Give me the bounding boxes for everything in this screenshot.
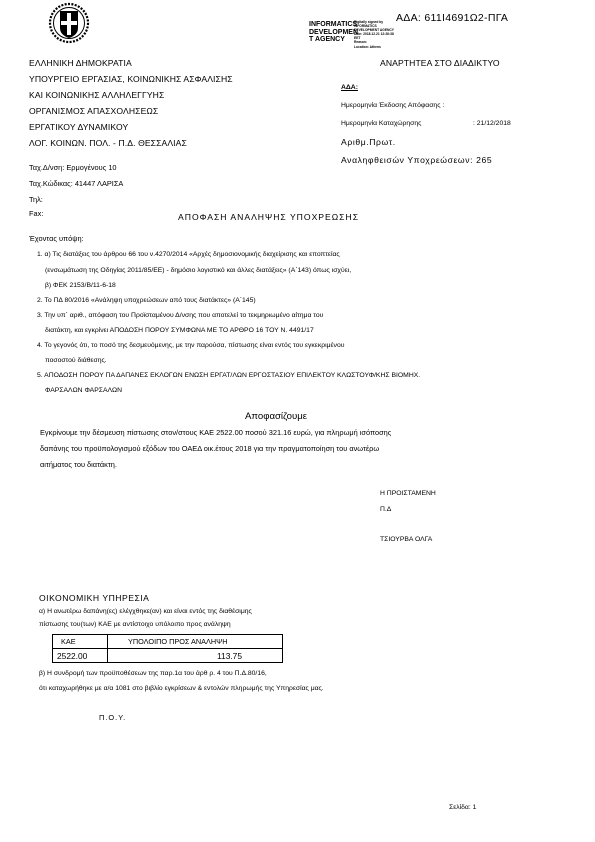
signatory-role: Η ΠΡΟΙΣΤΑΜΕΝΗ [380, 490, 436, 497]
considering-item: 4. Το γεγονός ότι, το ποσό της δεσμευόμε… [37, 342, 344, 349]
financial-check-line: α) Η ανωτέρω δαπάνη(ες) ελέγχθηκε(αν) κα… [39, 608, 252, 615]
considering-item: ποσοστού διάθεσης. [45, 357, 107, 364]
contact-postal-code: Ταχ.Κώδικας: 41447 ΛΑΡΙΣΑ [29, 179, 123, 188]
decision-text: δαπάνης του προϋπολογισμού εξόδων του ΟΑ… [40, 444, 379, 453]
registration-date-value: : 21/12/2018 [473, 120, 511, 127]
greek-emblem-logo [48, 2, 90, 44]
publish-note: ΑΝΑΡΤΗΤΕΑ ΣΤΟ ΔΙΑΔΙΚΤΥΟ [380, 58, 500, 68]
digital-signature-details: Digitally signed by INFORMATICS DEVELOPM… [354, 20, 394, 49]
signatory-name: ΤΣΙΟΥΡΒΑ ΟΛΓΑ [380, 536, 432, 543]
contact-fax: Fax: [29, 209, 43, 218]
decision-text: αιτήματος του διατάκτη. [40, 460, 117, 469]
commitments-count: Αναληφθεισών Υποχρεώσεων: 265 [341, 155, 492, 165]
agency-line: T AGENCY [309, 36, 358, 44]
financial-service-heading: ΟΙΚΟΝΟΜΙΚΗ ΥΠΗΡΕΣΙΑ [39, 593, 149, 603]
considering-item: 3. Την υπ΄ αριθ., απόφαση του Προϊσταμέν… [37, 312, 323, 319]
considering-item: διατάκτη, και εγκρίνει ΑΠΟΔΟΣΗ ΠΟΡΟΥ ΣΥΜ… [45, 327, 314, 334]
header-line-ministry-2: ΚΑΙ ΚΟΙΝΩΝΙΚΗΣ ΑΛΛΗΛΕΓΓΥΗΣ [29, 90, 164, 100]
page-number: Σελίδα: 1 [449, 804, 476, 811]
cell-kae: 2522.00 [53, 649, 108, 663]
cell-balance: 113.75 [108, 649, 283, 663]
header-line-org-2: ΕΡΓΑΤΙΚΟΥ ΔΥΝΑΜΙΚΟΥ [29, 122, 128, 132]
considering-intro: Έχοντας υπόψη: [29, 234, 84, 243]
contact-phone: Τηλ: [29, 195, 43, 204]
considering-item: β) ΦΕΚ 2153/Β/11-6-18 [45, 282, 116, 289]
table-row: 2522.00 113.75 [53, 649, 283, 663]
issue-date-label: Ημερομηνία Έκδοσης Απόφασης : [341, 102, 444, 109]
pou-label: Π.Ο.Υ. [99, 713, 126, 722]
signature-line: Location: Athens [354, 45, 394, 49]
decision-heading: Αποφασίζουμε [245, 411, 307, 422]
ada-label: ΑΔΑ: [341, 84, 358, 91]
header-line-ministry: ΥΠΟΥΡΓΕΙΟ ΕΡΓΑΣΙΑΣ, ΚΟΙΝΩΝΙΚΗΣ ΑΣΦΑΛΙΣΗΣ [29, 74, 233, 84]
protocol-number-label: Αριθμ.Πρωτ. [341, 137, 396, 147]
agency-line: INFORMATICS [309, 21, 358, 29]
table-header-row: ΚΑΕ ΥΠΟΛΟΙΠΟ ΠΡΟΣ ΑΝΑΛΗΨΗ [53, 635, 283, 649]
financial-condition-line: β) Η συνδρομή των προϋποθέσεων της παρ.1… [39, 670, 267, 677]
considering-item: 5. ΑΠΟΔΟΣΗ ΠΟΡΟΥ ΠΑ ΔΑΠΑΝΕΣ ΕΚΛΟΓΩΝ ΕΝΩΣ… [37, 372, 420, 379]
contact-address: Ταχ.Δ/νση: Ερμογένους 10 [29, 163, 117, 172]
document-title: ΑΠΟΦΑΣΗ ΑΝΑΛΗΨΗΣ ΥΠΟΧΡΕΩΣΗΣ [178, 212, 359, 222]
ada-code-header: ΑΔΑ: 611Ι4691Ω2-ΠΓΑ [396, 12, 508, 24]
column-header-kae: ΚΑΕ [53, 635, 108, 649]
financial-condition-line: ότι καταχωρήθηκε με α/α 1081 στο βιβλίο … [39, 685, 324, 692]
agency-line: DEVELOPMEN [309, 29, 358, 37]
considering-item: 2. Το ΠΔ 80/2016 «Ανάληψη υποχρεώσεων απ… [37, 297, 256, 304]
decision-text: Εγκρίνουμε την δέσμευση πίστωσης στον/στ… [40, 428, 391, 437]
registration-date-label: Ημερομηνία Καταχώρησης [341, 120, 421, 127]
signatory-unit: Π.Δ [380, 506, 391, 513]
signing-agency-label: INFORMATICS DEVELOPMEN T AGENCY [309, 21, 358, 44]
header-line-region: ΛΟΓ. ΚΟΙΝΩΝ. ΠΟΛ. - Π.Δ. ΘΕΣΣΑΛΙΑΣ [29, 138, 187, 148]
header-line-org: ΟΡΓΑΝΙΣΜΟΣ ΑΠΑΣΧΟΛΗΣΕΩΣ [29, 106, 158, 116]
considering-item: (ενσωμάτωση της Οδηγίας 2011/85/ΕΕ) - δη… [45, 267, 351, 274]
kae-balance-table: ΚΑΕ ΥΠΟΛΟΙΠΟ ΠΡΟΣ ΑΝΑΛΗΨΗ 2522.00 113.75 [52, 634, 283, 663]
considering-item: ΦΑΡΣΑΛΩΝ ΦΑΡΣΑΛΩΝ [45, 387, 122, 394]
financial-check-line: πίστωσης του(των) ΚΑΕ με αντίστοιχο υπόλ… [39, 621, 231, 628]
column-header-balance: ΥΠΟΛΟΙΠΟ ΠΡΟΣ ΑΝΑΛΗΨΗ [108, 635, 283, 649]
header-line-republic: ΕΛΛΗΝΙΚΗ ΔΗΜΟΚΡΑΤΙΑ [29, 58, 132, 68]
considering-item: 1. α) Τις διατάξεις του άρθρου 66 του ν.… [37, 251, 340, 258]
